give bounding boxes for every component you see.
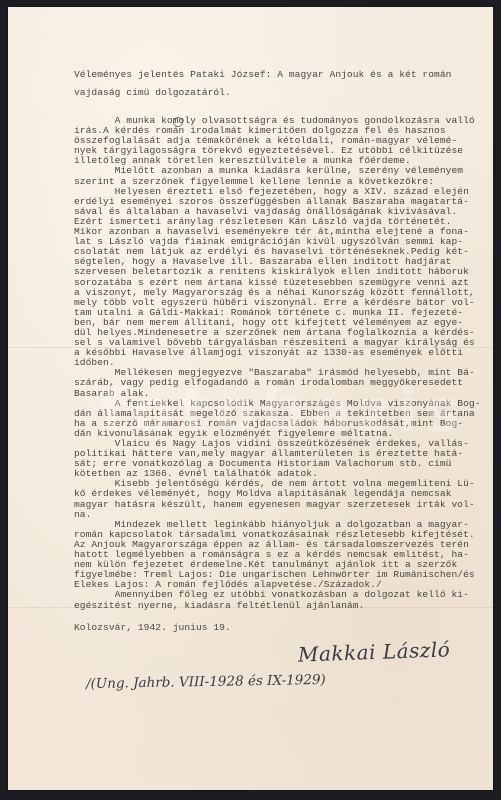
report-body: A munka komoly olvasottságra és tudomány… <box>74 116 481 611</box>
document-title: Véleményes jelentés Pataki József: A mag… <box>74 66 451 102</box>
place-date-line: Kolozsvár, 1942. junius 19. <box>74 622 231 633</box>
body-line: egészitést nyerne, kiadásra feltétlenül … <box>74 601 481 611</box>
title-line: Véleményes jelentés Pataki József: A mag… <box>74 66 451 84</box>
body-line: szervesen beletartozik a renitens kiskir… <box>74 267 481 277</box>
title-line: vajdaság cimü dolgozatáról. <box>74 84 451 102</box>
body-line: a későbbi Havaselve államjogi viszonyát … <box>74 348 481 358</box>
pen-correction-mark <box>173 117 183 127</box>
body-line: Amennyiben főleg ez utóbbi vonatkozásban… <box>74 590 481 600</box>
body-line: magyar hatásra készült, hanem egyenesen … <box>74 500 481 510</box>
